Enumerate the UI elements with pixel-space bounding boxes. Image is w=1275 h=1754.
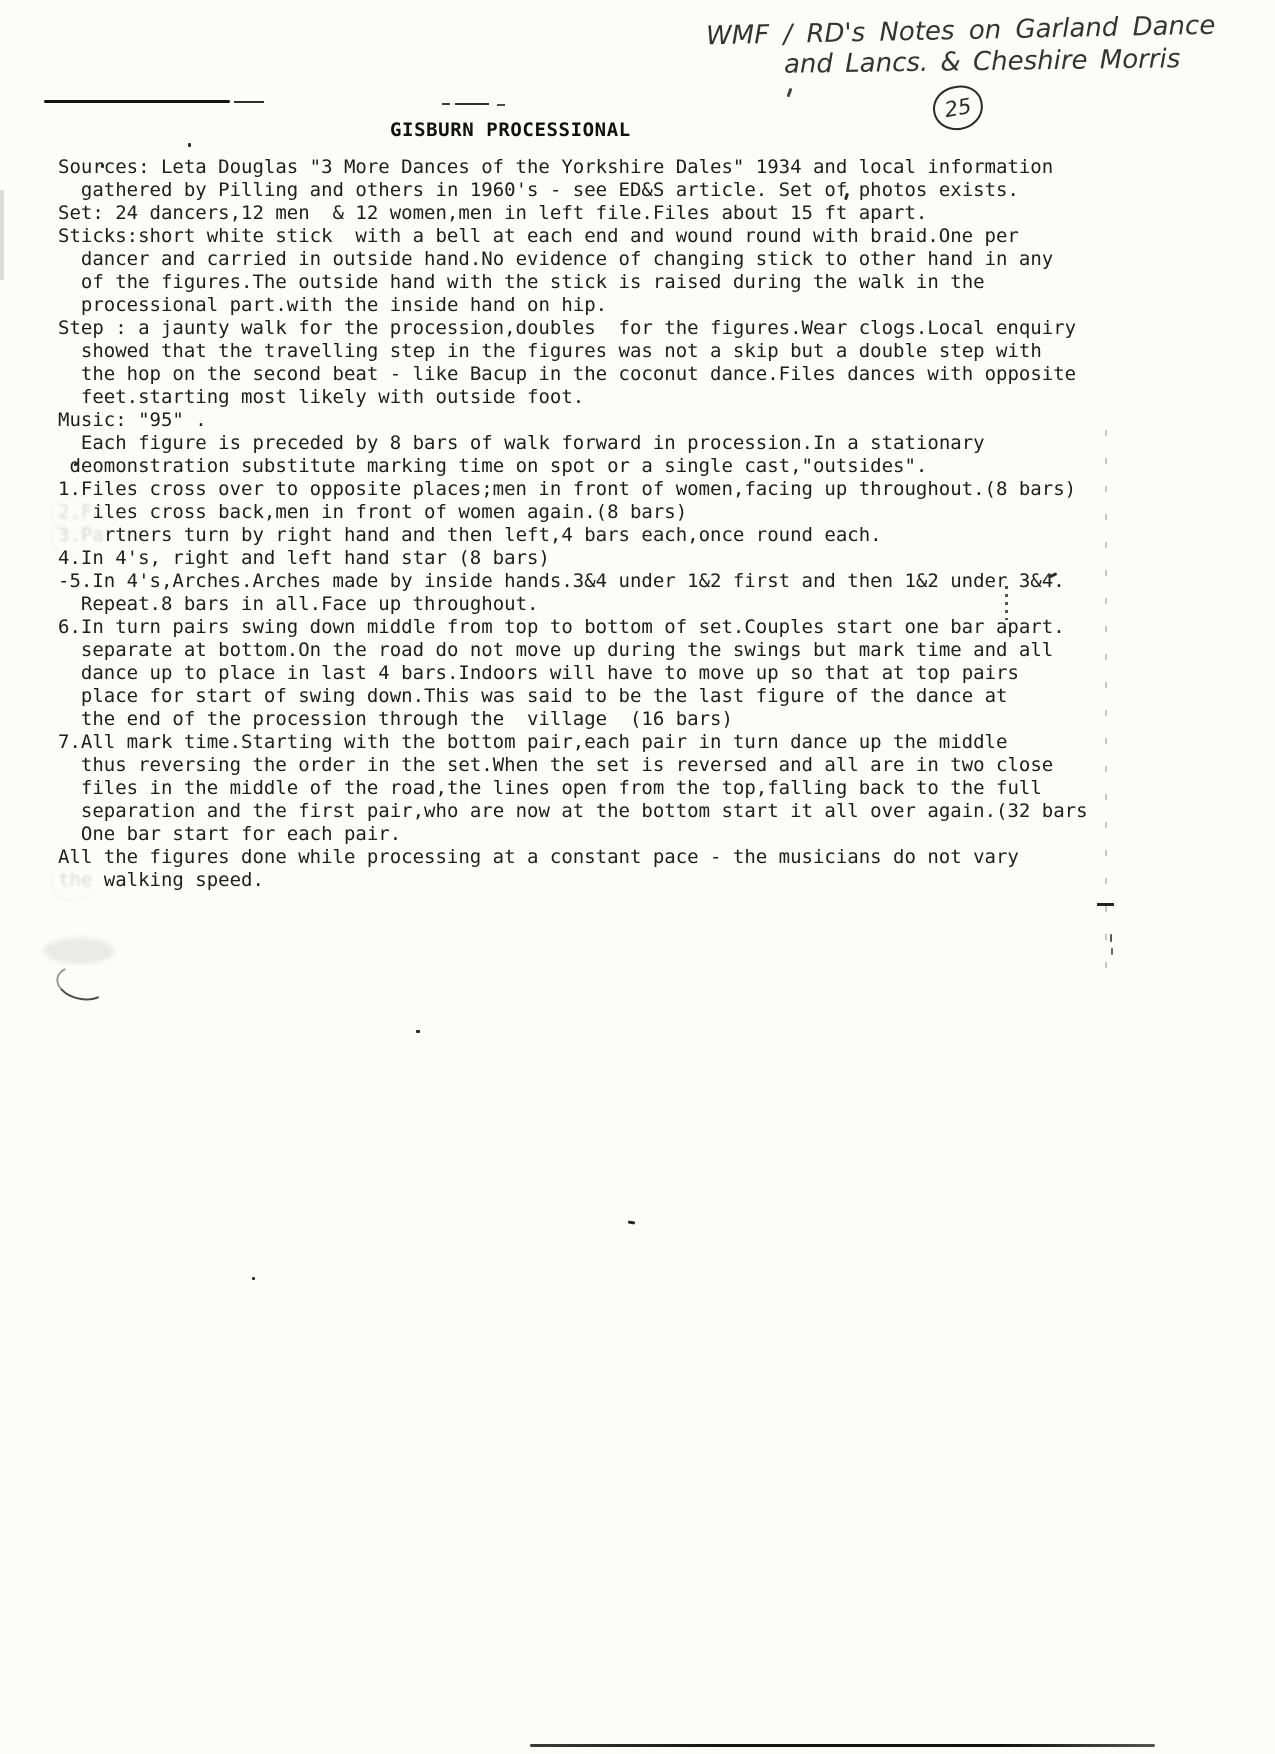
scan-edge-streak — [0, 190, 4, 280]
scan-speck — [188, 143, 191, 147]
scan-speck — [416, 1030, 420, 1033]
figure-text: -5.In 4's,Arches.Arches made by inside h… — [58, 570, 1065, 615]
figure-item-4: 4.In 4's, right and left hand star (8 ba… — [58, 547, 1122, 570]
top-dash-mark — [442, 103, 450, 105]
figure-item-1: 1.Files cross over to opposite places;me… — [58, 478, 1122, 501]
figure-text: 7.All mark time.Starting with the bottom… — [58, 731, 1088, 845]
figure-text: 6.In turn pairs swing down middle from t… — [58, 616, 1065, 730]
top-rule-segment — [234, 101, 264, 103]
scan-speck — [252, 1277, 255, 1280]
top-dash-mark — [497, 104, 505, 106]
top-dash-mark — [455, 103, 489, 105]
figure-item-5: -5.In 4's,Arches.Arches made by inside h… — [58, 570, 1122, 616]
scan-speck — [1111, 948, 1113, 955]
figure-text: rtners turn by right hand and then left,… — [104, 524, 882, 546]
paragraph-music: Music: "95" . — [58, 409, 1122, 432]
paragraph-sources: Sources: Leta Douglas "3 More Dances of … — [58, 156, 1122, 202]
closing-paragraph: All the figures done while processing at… — [58, 846, 1122, 892]
pen-curve-mark — [53, 961, 111, 1005]
figure-item-3: 3.Partners turn by right hand and then l… — [58, 524, 1122, 547]
figure-text: 4.In 4's, right and left hand star (8 ba… — [58, 547, 550, 569]
paragraph-set: Set: 24 dancers,12 men & 12 women,men in… — [58, 202, 1122, 225]
paragraph-intro: Each figure is preceded by 8 bars of wal… — [58, 432, 1122, 478]
figure-item-2: 2.Files cross back,men in front of women… — [58, 501, 1122, 524]
paragraph-sticks: Sticks:short white stick with a bell at … — [58, 225, 1122, 317]
bottom-scan-line — [530, 1744, 1155, 1747]
scan-speck — [1110, 934, 1112, 942]
page-number-label: 25 — [943, 94, 973, 122]
scan-speck — [787, 88, 792, 97]
document-body: Sources: Leta Douglas "3 More Dances of … — [58, 156, 1122, 892]
figure-item-7: 7.All mark time.Starting with the bottom… — [58, 731, 1122, 846]
scanned-document-page: WMF / RD's Notes on Garland Dance and La… — [0, 0, 1275, 1754]
figure-text: iles cross back,men in front of women ag… — [92, 501, 687, 523]
paragraph-step: Step : a jaunty walk for the procession,… — [58, 317, 1122, 409]
top-rule-line — [44, 100, 230, 103]
figure-text: 1.Files cross over to opposite places;me… — [58, 478, 1076, 500]
handwritten-note-line2: and Lancs. & Cheshire Morris — [784, 44, 1181, 80]
smudged-prefix: the — [58, 869, 104, 891]
stray-dash-mark — [1097, 903, 1114, 906]
scan-speck — [628, 1221, 635, 1225]
document-title: GISBURN PROCESSIONAL — [390, 119, 631, 141]
closing-rest: walking speed. — [104, 869, 264, 891]
closing-line1: All the figures done while processing at… — [58, 846, 1019, 868]
figure-item-6: 6.In turn pairs swing down middle from t… — [58, 616, 1122, 731]
circled-page-number: 25 — [930, 82, 987, 134]
smudged-prefix: 3.Pa — [58, 524, 104, 546]
eraser-smudge — [44, 938, 114, 964]
